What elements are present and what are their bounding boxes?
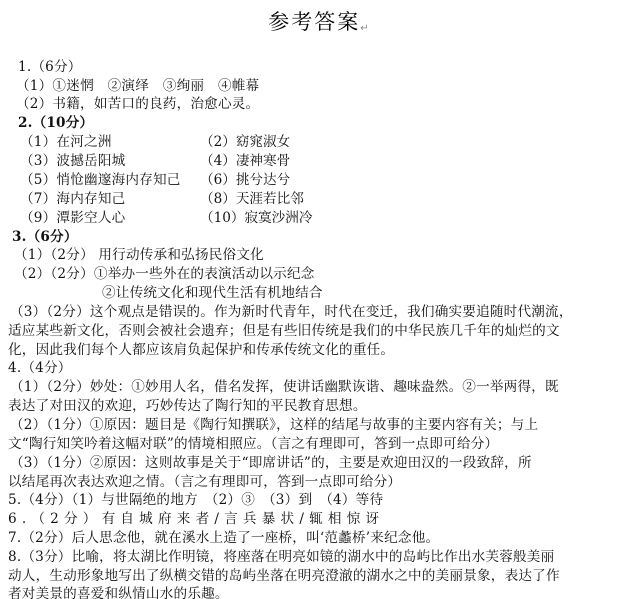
q8-answer-line-3: 者对美景的喜爱和纵情山水的乐趣。 [8, 585, 229, 599]
q2-item: （4）凄神寒骨 [200, 152, 290, 170]
q3-answer-3-line-1: （3）（2分）这个观点是错误的。作为新时代青年，时代在变迁，我们确实要追随时代潮… [10, 303, 573, 321]
q4-header: 4.（4分） [8, 359, 72, 377]
q7-answer: 7.（2分）后人思念他，就在溪水上造了一座桥，叫‘范蠡桥’来纪念他。 [8, 529, 439, 547]
q4-answer-2-line-1: （2）（1分）①原因：题目是《陶行知撰联》，这样的结尾与故事的主要内容有关；与上 [10, 416, 538, 434]
q2-item: （3）波撼岳阳城 [20, 152, 125, 170]
q3-answer-3-line-3: 化，因此我们每个人都应该肩负起保护和传承传统文化的重任。 [8, 341, 394, 359]
q1-answer-1: （1）①迷惘 ②演绎 ③绚丽 ④帷幕 [16, 77, 259, 95]
q2-item: （9）潭影空人心 [20, 209, 125, 227]
q3-answer-1: （1）（2分） 用行动传承和弘扬民俗文化 [14, 246, 264, 264]
q4-answer-2-line-2: 文“陶行知笑吟着这幅对联”的情境相照应。（言之有理即可，答到一点即可给分） [8, 435, 498, 453]
q2-item: （8）天涯若比邻 [200, 190, 304, 208]
paragraph-mark-icon: ↵ [360, 23, 368, 34]
q2-item: （5）悄怆幽邃海内存知己 [20, 171, 181, 189]
q4-answer-3-line-1: （3）（1分）②原因：这则故事是关于“即席讲话”的，主要是欢迎田汉的一段致辞，所 [10, 454, 532, 472]
q3-header: 3.（6分） [12, 228, 78, 246]
q4-answer-1-line-1: （1）（2分）妙处：①妙用人名，借名发挥，使讲话幽默诙谐、趣味盎然。②一举两得，… [10, 378, 559, 396]
q2-item: （7）海内存知己 [20, 190, 125, 208]
q6-answer: 6.（2分）有自城府来者/言兵暴状/辄相惊讶 [8, 510, 384, 528]
q1-answer-2: （2）书籍，如苦口的良药，治愈心灵。 [16, 95, 259, 113]
q8-answer-line-2: 动人，生动形象地写出了纵横交错的岛屿坐落在明亮澄澈的湖水之中的美丽景象，表达了作 [8, 567, 560, 585]
document-title: 参考答案↵ [0, 6, 637, 36]
q2-item: （10）寂寞沙洲冷 [200, 209, 312, 227]
q3-answer-3-line-2: 适应某些新文化，否则会被社会遗弃；但是有些旧传统是我们的中华民族几千年的灿烂的文 [8, 322, 560, 340]
q2-header: 2.（10分） [18, 114, 93, 132]
q8-answer-line-1: 8.（3分）比喻，将太湖比作明镜，将座落在明亮如镜的湖水中的岛屿比作出水芙蓉般美… [8, 548, 554, 566]
q2-item: （2）窈窕淑女 [200, 133, 290, 151]
q1-header: 1.（6分） [18, 58, 82, 76]
title-text: 参考答案 [268, 10, 360, 34]
q2-item: （1）在河之洲 [20, 133, 112, 151]
q5-answer: 5.（4分）（1）与世隔绝的地方 （2）③ （3）到 （4）等待 [8, 491, 383, 509]
q3-answer-2-1: （2）（2分）①举办一些外在的表演活动以示纪念 [14, 265, 315, 283]
q3-answer-2-2: ②让传统文化和现代生活有机地结合 [102, 284, 323, 302]
q4-answer-3-line-2: 以结尾再次表达欢迎之情。（言之有理即可，答到一点即可给分） [8, 473, 401, 491]
q4-answer-1-line-2: 表达了对田汉的欢迎，巧妙传达了陶行知的平民教育思想。 [8, 397, 367, 415]
q2-item: （6）挑兮达兮 [200, 171, 290, 189]
